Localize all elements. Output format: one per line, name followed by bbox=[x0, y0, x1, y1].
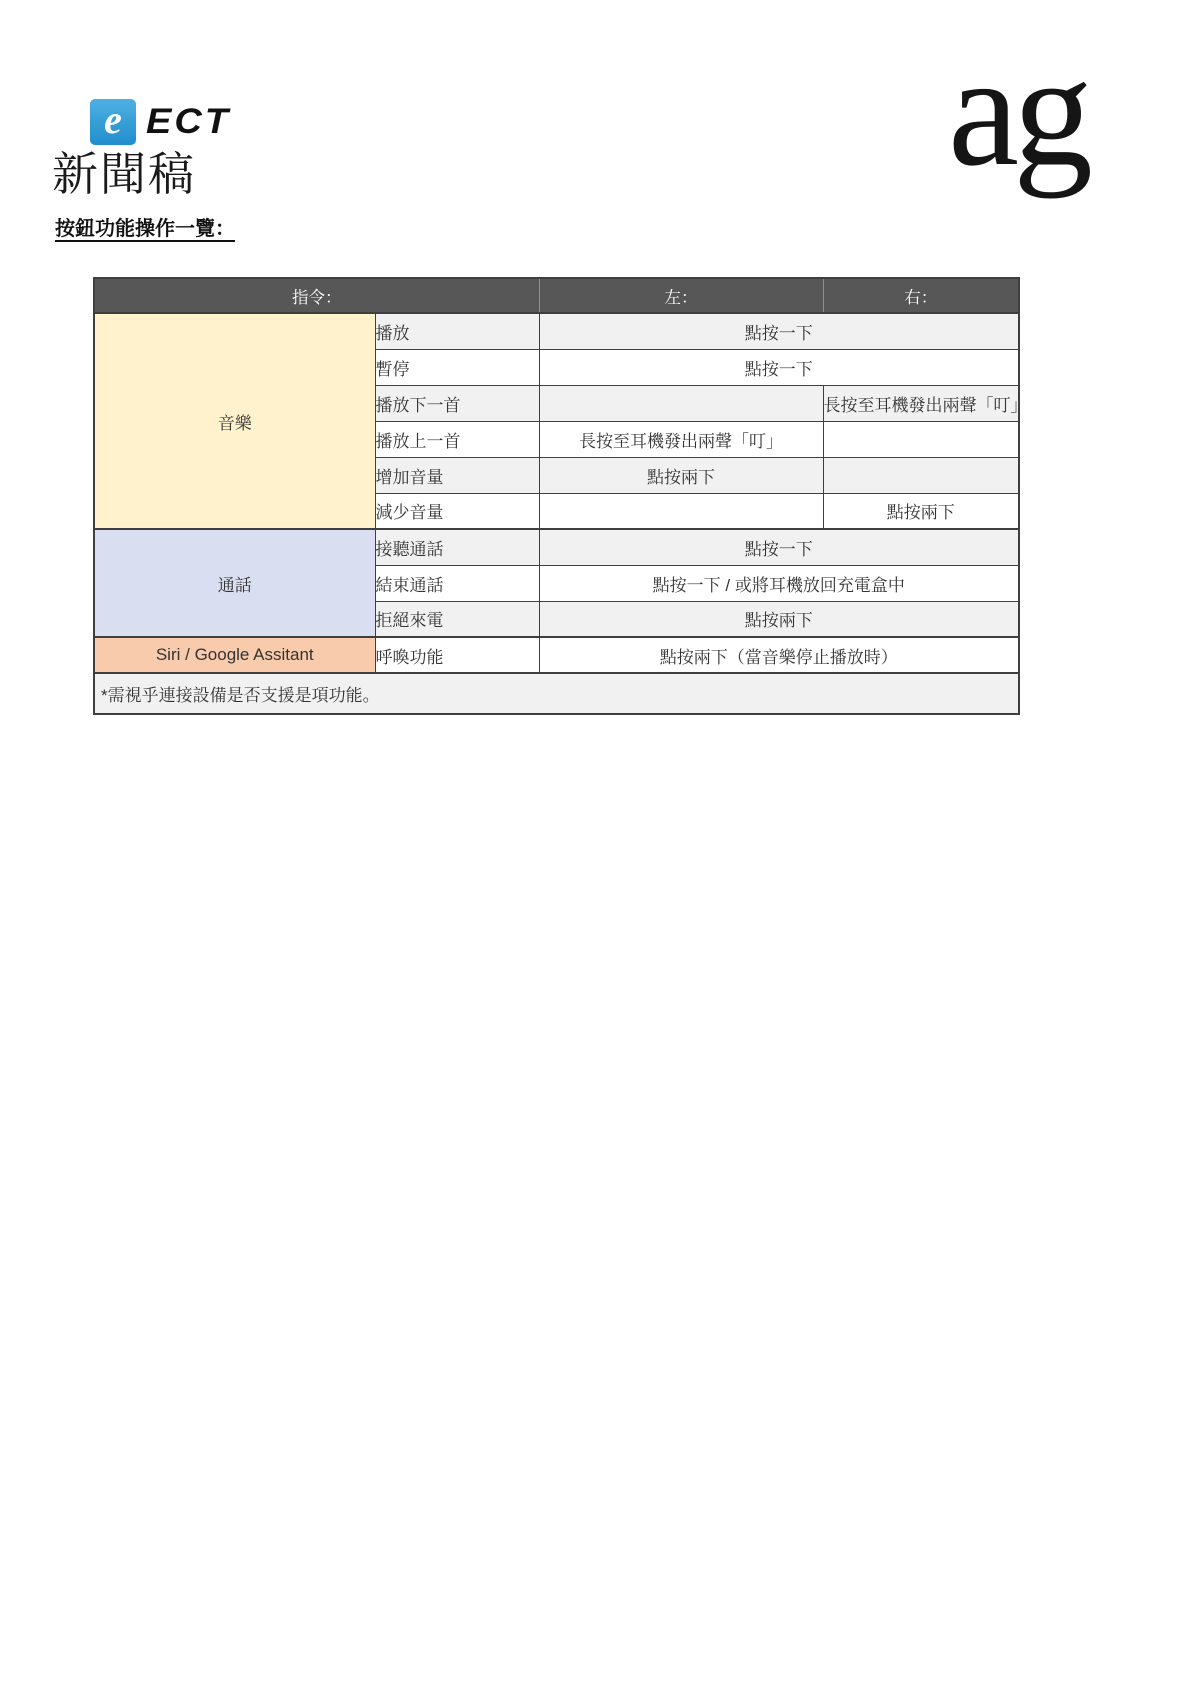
function-cell: 暫停 bbox=[375, 349, 539, 385]
function-cell: 結束通話 bbox=[375, 565, 539, 601]
action-cell-right-empty bbox=[823, 457, 1019, 493]
function-cell: 接聽通話 bbox=[375, 529, 539, 565]
action-cell-right: 長按至耳機發出兩聲「叮」 bbox=[823, 385, 1019, 421]
action-cell: 點按一下 bbox=[539, 313, 1019, 349]
function-cell: 增加音量 bbox=[375, 457, 539, 493]
function-cell: 減少音量 bbox=[375, 493, 539, 529]
category-cell-call: 通話 bbox=[94, 529, 375, 637]
table-row: Siri / Google Assitant 呼喚功能 點按兩下（當音樂停止播放… bbox=[94, 637, 1019, 673]
table-row: 音樂 播放 點按一下 bbox=[94, 313, 1019, 349]
function-cell: 播放 bbox=[375, 313, 539, 349]
action-cell-right-empty bbox=[823, 421, 1019, 457]
function-cell: 播放下一首 bbox=[375, 385, 539, 421]
function-cell: 呼喚功能 bbox=[375, 637, 539, 673]
action-cell-left-empty bbox=[539, 493, 823, 529]
col-header-command: 指令： bbox=[94, 278, 539, 313]
action-cell-left: 長按至耳機發出兩聲「叮」 bbox=[539, 421, 823, 457]
action-cell: 點按一下 / 或將耳機放回充電盒中 bbox=[539, 565, 1019, 601]
section-heading: 按鈕功能操作一覽： bbox=[55, 212, 235, 241]
footnote-cell: *需視乎連接設備是否支援是項功能。 bbox=[94, 673, 1019, 714]
brand-mark-letter: e bbox=[104, 100, 122, 140]
function-cell: 拒絕來電 bbox=[375, 601, 539, 637]
function-cell: 播放上一首 bbox=[375, 421, 539, 457]
action-cell: 點按一下 bbox=[539, 529, 1019, 565]
category-cell-music: 音樂 bbox=[94, 313, 375, 529]
category-cell-siri: Siri / Google Assitant bbox=[94, 637, 375, 673]
action-cell: 點按兩下（當音樂停止播放時） bbox=[539, 637, 1019, 673]
table-row: 通話 接聽通話 點按一下 bbox=[94, 529, 1019, 565]
page-title: 新聞稿 bbox=[52, 138, 196, 204]
col-header-left: 左： bbox=[539, 278, 823, 313]
action-cell: 點按一下 bbox=[539, 349, 1019, 385]
ag-logo: ag bbox=[948, 30, 1087, 190]
footnote-row: *需視乎連接設備是否支援是項功能。 bbox=[94, 673, 1019, 714]
action-cell-right: 點按兩下 bbox=[823, 493, 1019, 529]
table-header-row: 指令： 左： 右： bbox=[94, 278, 1019, 313]
col-header-right: 右： bbox=[823, 278, 1019, 313]
action-cell-left: 點按兩下 bbox=[539, 457, 823, 493]
action-cell: 點按兩下 bbox=[539, 601, 1019, 637]
command-table: 指令： 左： 右： 音樂 播放 點按一下 暫停 點按一下 播放下一首 長按至耳機… bbox=[93, 277, 1020, 715]
action-cell-left-empty bbox=[539, 385, 823, 421]
brand-name: ECT bbox=[146, 102, 231, 142]
